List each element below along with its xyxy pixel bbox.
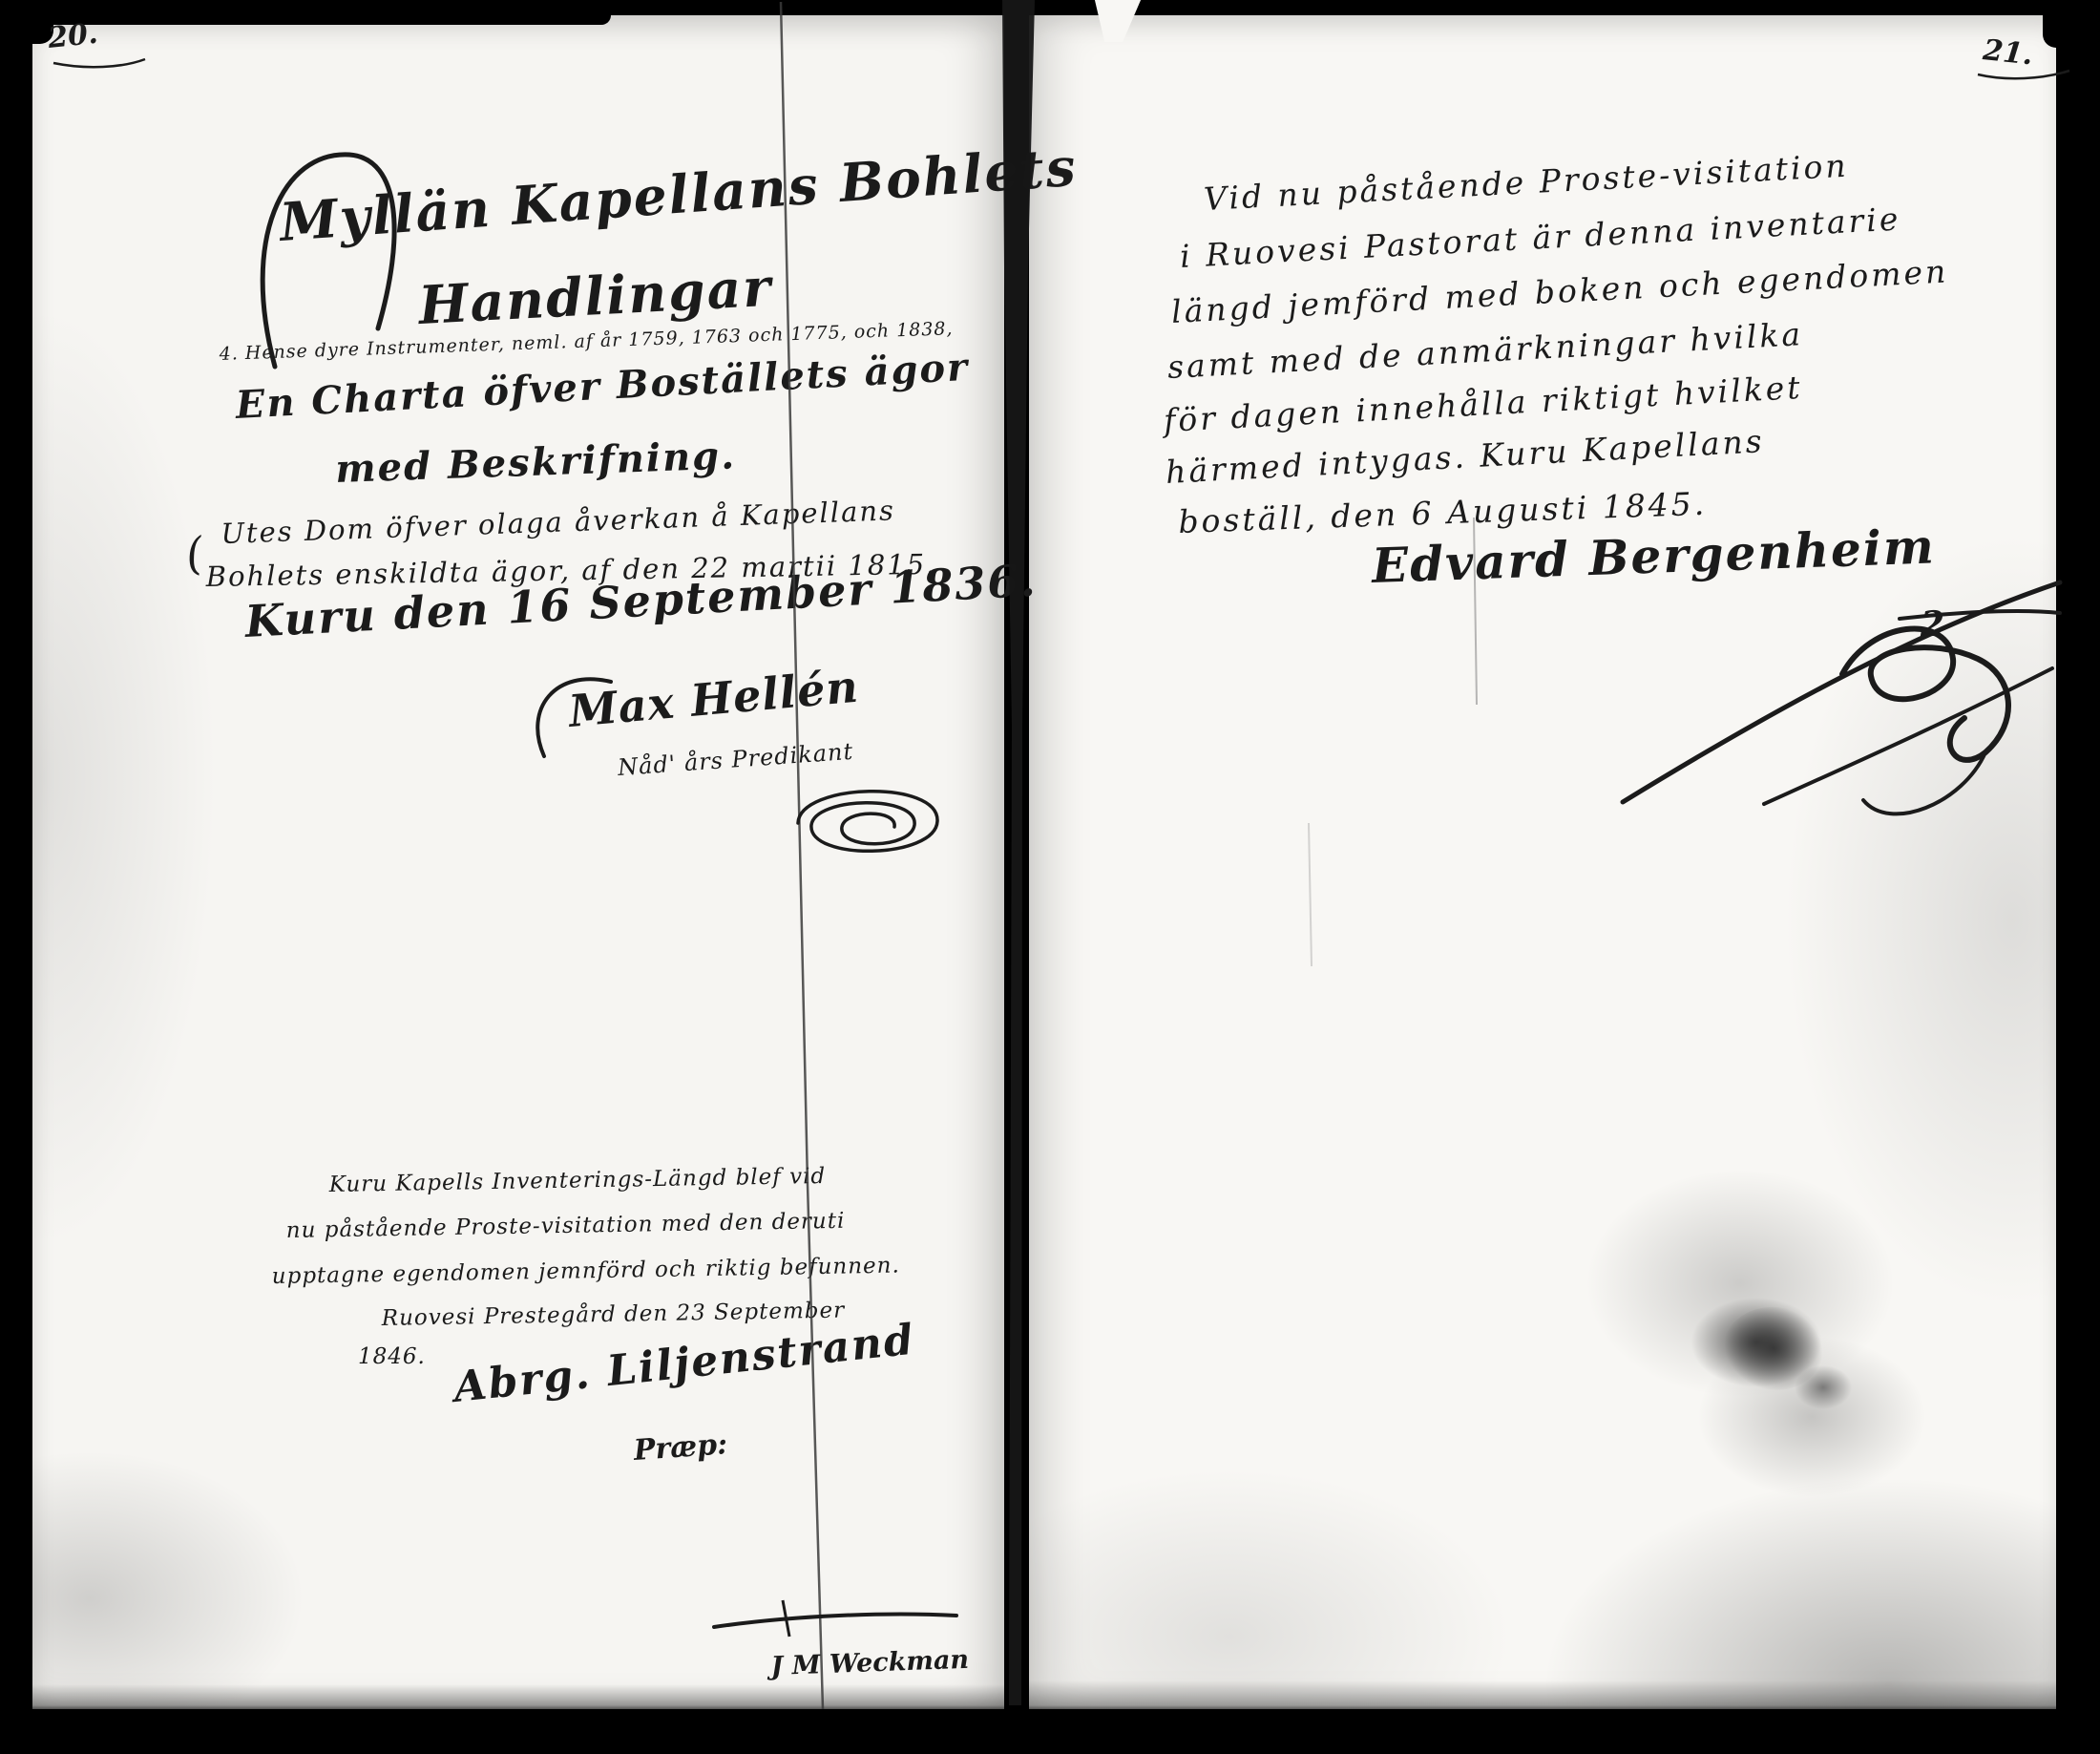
scan-edge-left (0, 0, 32, 1754)
countersign-superscript: 2 (1921, 607, 1944, 642)
left-page (32, 13, 1004, 1709)
bottom-signature-weckman: J M Weckman (770, 1647, 969, 1680)
page-number-right: 21. (1982, 36, 2034, 70)
ink-smudge-stain-small (1795, 1365, 1852, 1409)
scanned-document: 20. Myllän Kapellans Bohlets Handlingar … (0, 0, 2100, 1754)
scan-edge-bottom (0, 1705, 2100, 1754)
scan-corner-top-right (2043, 0, 2100, 48)
scan-edge-right (2056, 0, 2100, 1754)
signature-liljenstrand-title: Præp: (633, 1430, 728, 1466)
inventory-note-line-5: 1846. (358, 1346, 426, 1368)
page-number-left: 20. (47, 20, 99, 53)
